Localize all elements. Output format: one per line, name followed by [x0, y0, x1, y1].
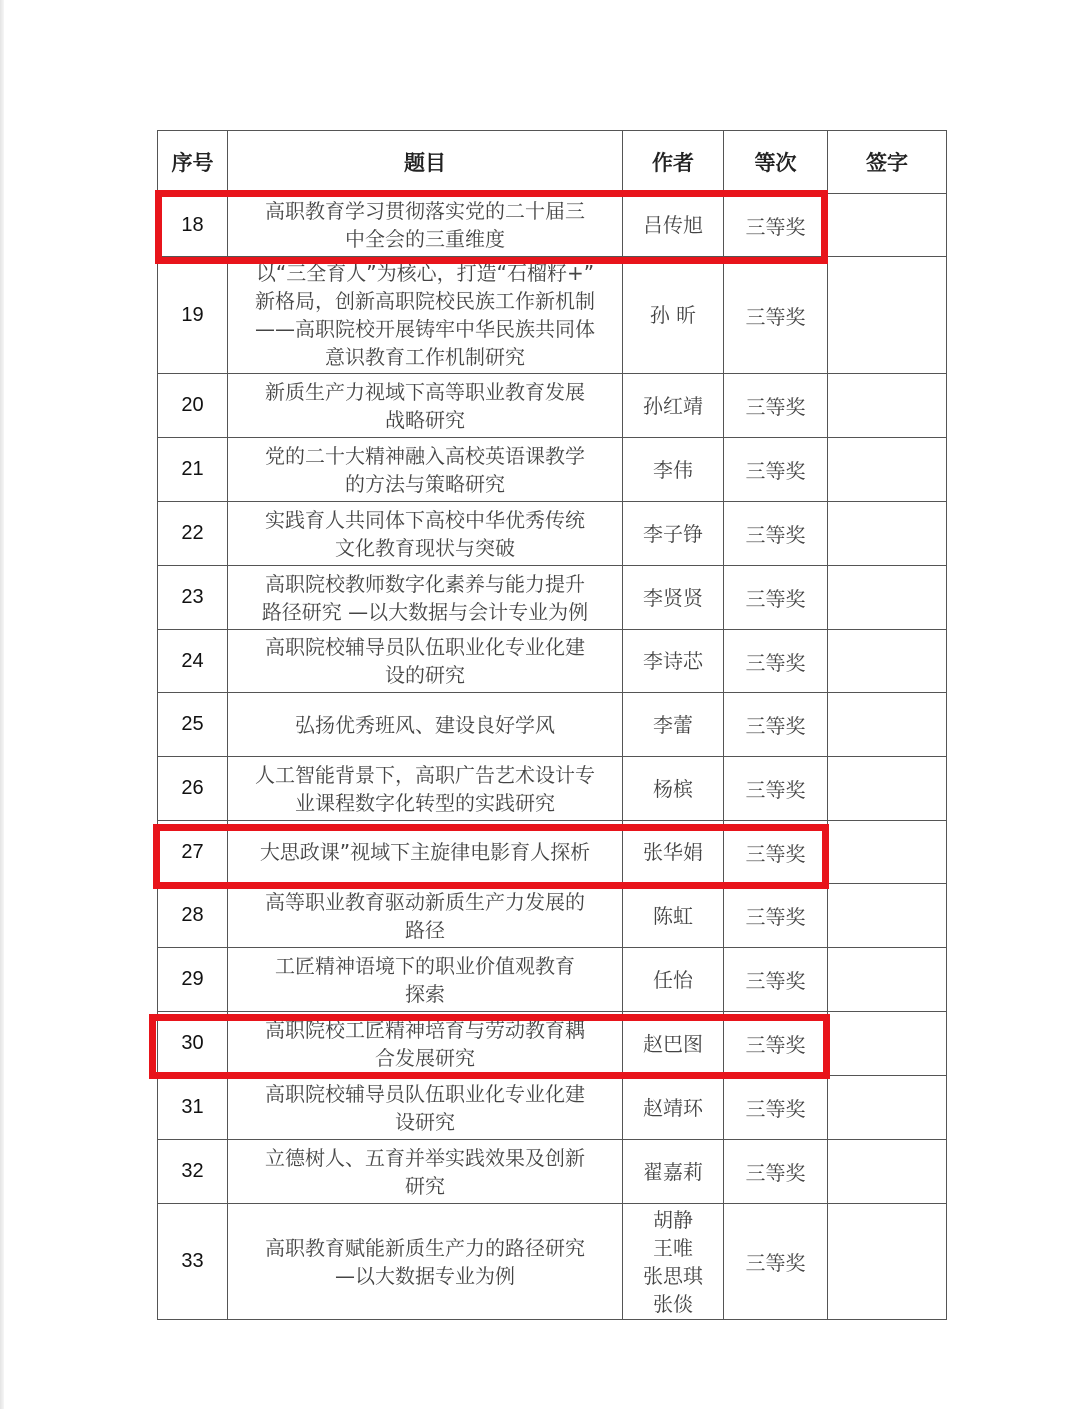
row-grade: 三等奖	[724, 257, 828, 374]
author-name: 赵巴图	[627, 1030, 719, 1058]
table-row: 33高职教育赋能新质生产力的路径研究—以大数据专业为例胡静王唯张思琪张倓三等奖	[158, 1204, 947, 1320]
title-line: 战略研究	[232, 406, 618, 434]
row-author: 胡静王唯张思琪张倓	[623, 1204, 724, 1320]
row-number: 19	[158, 257, 228, 374]
row-grade: 三等奖	[724, 757, 828, 821]
row-signature-cell	[828, 194, 947, 257]
row-author: 翟嘉莉	[623, 1140, 724, 1204]
title-line: ——高职院校开展铸牢中华民族共同体	[232, 315, 618, 343]
row-number: 31	[158, 1076, 228, 1140]
row-title: 实践育人共同体下高校中华优秀传统文化教育现状与突破	[228, 502, 623, 566]
row-author: 李贤贤	[623, 566, 724, 630]
row-title: 高职院校教师数字化素养与能力提升路径研究 —以大数据与会计专业为例	[228, 566, 623, 630]
row-title: 高职院校辅导员队伍职业化专业化建设研究	[228, 1076, 623, 1140]
row-author: 孙 昕	[623, 257, 724, 374]
title-line: 党的二十大精神融入高校英语课教学	[232, 442, 618, 470]
row-signature-cell	[828, 821, 947, 884]
row-grade: 三等奖	[724, 884, 828, 948]
author-name: 张思琪	[627, 1262, 719, 1290]
row-number: 26	[158, 757, 228, 821]
author-name: 吕传旭	[627, 211, 719, 239]
title-line: 探索	[232, 980, 618, 1008]
row-signature-cell	[828, 1204, 947, 1320]
author-name: 胡静	[627, 1206, 719, 1234]
row-title: 高职教育赋能新质生产力的路径研究—以大数据专业为例	[228, 1204, 623, 1320]
award-list-table: 序号 题目 作者 等次 签字 18高职教育学习贯彻落实党的二十届三中全会的三重维…	[157, 130, 947, 1320]
author-name: 陈虹	[627, 902, 719, 930]
row-signature-cell	[828, 257, 947, 374]
row-grade: 三等奖	[724, 630, 828, 693]
title-line: 业课程数字化转型的实践研究	[232, 789, 618, 817]
row-title: 党的二十大精神融入高校英语课教学的方法与策略研究	[228, 438, 623, 502]
header-title: 题目	[228, 131, 623, 194]
title-line: 高等职业教育驱动新质生产力发展的	[232, 888, 618, 916]
row-number: 30	[158, 1012, 228, 1076]
title-line: 研究	[232, 1172, 618, 1200]
row-signature-cell	[828, 374, 947, 438]
row-author: 赵巴图	[623, 1012, 724, 1076]
row-title: 高等职业教育驱动新质生产力发展的路径	[228, 884, 623, 948]
table-row: 24高职院校辅导员队伍职业化专业化建设的研究李诗芯三等奖	[158, 630, 947, 693]
title-line: 高职院校辅导员队伍职业化专业化建	[232, 633, 618, 661]
row-number: 20	[158, 374, 228, 438]
table-row: 20新质生产力视域下高等职业教育发展战略研究孙红靖三等奖	[158, 374, 947, 438]
row-number: 33	[158, 1204, 228, 1320]
table-row: 23高职院校教师数字化素养与能力提升路径研究 —以大数据与会计专业为例李贤贤三等…	[158, 566, 947, 630]
author-name: 王唯	[627, 1234, 719, 1262]
author-name: 李诗芯	[627, 647, 719, 675]
author-name: 张华娟	[627, 838, 719, 866]
row-signature-cell	[828, 438, 947, 502]
title-line: 以“三全育人”为核心，打造“石榴籽+”	[232, 259, 618, 287]
row-grade: 三等奖	[724, 194, 828, 257]
row-grade: 三等奖	[724, 1204, 828, 1320]
table-row: 27大思政课”视域下主旋律电影育人探析张华娟三等奖	[158, 821, 947, 884]
row-grade: 三等奖	[724, 438, 828, 502]
row-signature-cell	[828, 1076, 947, 1140]
row-title: 高职院校辅导员队伍职业化专业化建设的研究	[228, 630, 623, 693]
row-grade: 三等奖	[724, 502, 828, 566]
title-line: 路径	[232, 916, 618, 944]
row-signature-cell	[828, 757, 947, 821]
row-grade: 三等奖	[724, 821, 828, 884]
row-signature-cell	[828, 566, 947, 630]
title-line: 大思政课”视域下主旋律电影育人探析	[232, 838, 618, 866]
title-line: 新格局，创新高职院校民族工作新机制	[232, 287, 618, 315]
row-author: 陈虹	[623, 884, 724, 948]
row-signature-cell	[828, 1012, 947, 1076]
table-row: 28高等职业教育驱动新质生产力发展的路径陈虹三等奖	[158, 884, 947, 948]
row-grade: 三等奖	[724, 693, 828, 757]
row-title: 高职院校工匠精神培育与劳动教育耦合发展研究	[228, 1012, 623, 1076]
row-signature-cell	[828, 630, 947, 693]
title-line: 意识教育工作机制研究	[232, 343, 618, 371]
title-line: 合发展研究	[232, 1044, 618, 1072]
table-row: 25弘扬优秀班风、建设良好学风李蕾三等奖	[158, 693, 947, 757]
row-author: 赵靖环	[623, 1076, 724, 1140]
row-title: 立德树人、五育并举实践效果及创新研究	[228, 1140, 623, 1204]
author-name: 杨槟	[627, 775, 719, 803]
title-line: 人工智能背景下，高职广告艺术设计专	[232, 761, 618, 789]
title-line: 高职教育学习贯彻落实党的二十届三	[232, 197, 618, 225]
row-signature-cell	[828, 1140, 947, 1204]
table-row: 32立德树人、五育并举实践效果及创新研究翟嘉莉三等奖	[158, 1140, 947, 1204]
table-row: 26人工智能背景下，高职广告艺术设计专业课程数字化转型的实践研究杨槟三等奖	[158, 757, 947, 821]
header-grade: 等次	[724, 131, 828, 194]
row-grade: 三等奖	[724, 1012, 828, 1076]
row-number: 25	[158, 693, 228, 757]
row-signature-cell	[828, 502, 947, 566]
row-grade: 三等奖	[724, 1076, 828, 1140]
row-author: 张华娟	[623, 821, 724, 884]
title-line: 立德树人、五育并举实践效果及创新	[232, 1144, 618, 1172]
row-signature-cell	[828, 948, 947, 1012]
row-number: 22	[158, 502, 228, 566]
title-line: 设的研究	[232, 661, 618, 689]
table-row: 21党的二十大精神融入高校英语课教学的方法与策略研究李伟三等奖	[158, 438, 947, 502]
title-line: 高职院校辅导员队伍职业化专业化建	[232, 1080, 618, 1108]
header-no: 序号	[158, 131, 228, 194]
title-line: 文化教育现状与突破	[232, 534, 618, 562]
table-row: 30高职院校工匠精神培育与劳动教育耦合发展研究赵巴图三等奖	[158, 1012, 947, 1076]
title-line: 新质生产力视域下高等职业教育发展	[232, 378, 618, 406]
author-name: 翟嘉莉	[627, 1158, 719, 1186]
table-row: 18高职教育学习贯彻落实党的二十届三中全会的三重维度吕传旭三等奖	[158, 194, 947, 257]
row-signature-cell	[828, 693, 947, 757]
table-row: 22实践育人共同体下高校中华优秀传统文化教育现状与突破李子铮三等奖	[158, 502, 947, 566]
table-row: 31高职院校辅导员队伍职业化专业化建设研究赵靖环三等奖	[158, 1076, 947, 1140]
row-number: 23	[158, 566, 228, 630]
row-author: 任怡	[623, 948, 724, 1012]
row-author: 李伟	[623, 438, 724, 502]
table-row: 29工匠精神语境下的职业价值观教育探索任怡三等奖	[158, 948, 947, 1012]
row-author: 吕传旭	[623, 194, 724, 257]
author-name: 李伟	[627, 456, 719, 484]
row-author: 李子铮	[623, 502, 724, 566]
row-number: 21	[158, 438, 228, 502]
row-number: 32	[158, 1140, 228, 1204]
title-line: 高职教育赋能新质生产力的路径研究	[232, 1234, 618, 1262]
row-title: 弘扬优秀班风、建设良好学风	[228, 693, 623, 757]
row-title: 人工智能背景下，高职广告艺术设计专业课程数字化转型的实践研究	[228, 757, 623, 821]
author-name: 张倓	[627, 1290, 719, 1318]
table-row: 19以“三全育人”为核心，打造“石榴籽+”新格局，创新高职院校民族工作新机制——…	[158, 257, 947, 374]
row-title: 工匠精神语境下的职业价值观教育探索	[228, 948, 623, 1012]
title-line: 工匠精神语境下的职业价值观教育	[232, 952, 618, 980]
page-left-edge	[0, 0, 4, 1409]
author-name: 任怡	[627, 966, 719, 994]
row-title: 新质生产力视域下高等职业教育发展战略研究	[228, 374, 623, 438]
row-title: 高职教育学习贯彻落实党的二十届三中全会的三重维度	[228, 194, 623, 257]
title-line: 的方法与策略研究	[232, 470, 618, 498]
title-line: —以大数据专业为例	[232, 1262, 618, 1290]
title-line: 弘扬优秀班风、建设良好学风	[232, 711, 618, 739]
author-name: 孙 昕	[627, 301, 719, 329]
title-line: 高职院校工匠精神培育与劳动教育耦	[232, 1016, 618, 1044]
title-line: 实践育人共同体下高校中华优秀传统	[232, 506, 618, 534]
author-name: 李子铮	[627, 520, 719, 548]
title-line: 中全会的三重维度	[232, 225, 618, 253]
author-name: 赵靖环	[627, 1094, 719, 1122]
author-name: 李蕾	[627, 711, 719, 739]
row-number: 27	[158, 821, 228, 884]
row-number: 28	[158, 884, 228, 948]
row-author: 孙红靖	[623, 374, 724, 438]
row-author: 李诗芯	[623, 630, 724, 693]
row-grade: 三等奖	[724, 1140, 828, 1204]
row-number: 29	[158, 948, 228, 1012]
row-title: 大思政课”视域下主旋律电影育人探析	[228, 821, 623, 884]
header-sign: 签字	[828, 131, 947, 194]
header-author: 作者	[623, 131, 724, 194]
row-signature-cell	[828, 884, 947, 948]
table-header-row: 序号 题目 作者 等次 签字	[158, 131, 947, 194]
row-title: 以“三全育人”为核心，打造“石榴籽+”新格局，创新高职院校民族工作新机制——高职…	[228, 257, 623, 374]
title-line: 设研究	[232, 1108, 618, 1136]
row-grade: 三等奖	[724, 566, 828, 630]
row-number: 18	[158, 194, 228, 257]
author-name: 孙红靖	[627, 392, 719, 420]
row-grade: 三等奖	[724, 948, 828, 1012]
title-line: 高职院校教师数字化素养与能力提升	[232, 570, 618, 598]
row-author: 杨槟	[623, 757, 724, 821]
title-line: 路径研究 —以大数据与会计专业为例	[232, 598, 618, 626]
author-name: 李贤贤	[627, 584, 719, 612]
row-grade: 三等奖	[724, 374, 828, 438]
row-number: 24	[158, 630, 228, 693]
row-author: 李蕾	[623, 693, 724, 757]
